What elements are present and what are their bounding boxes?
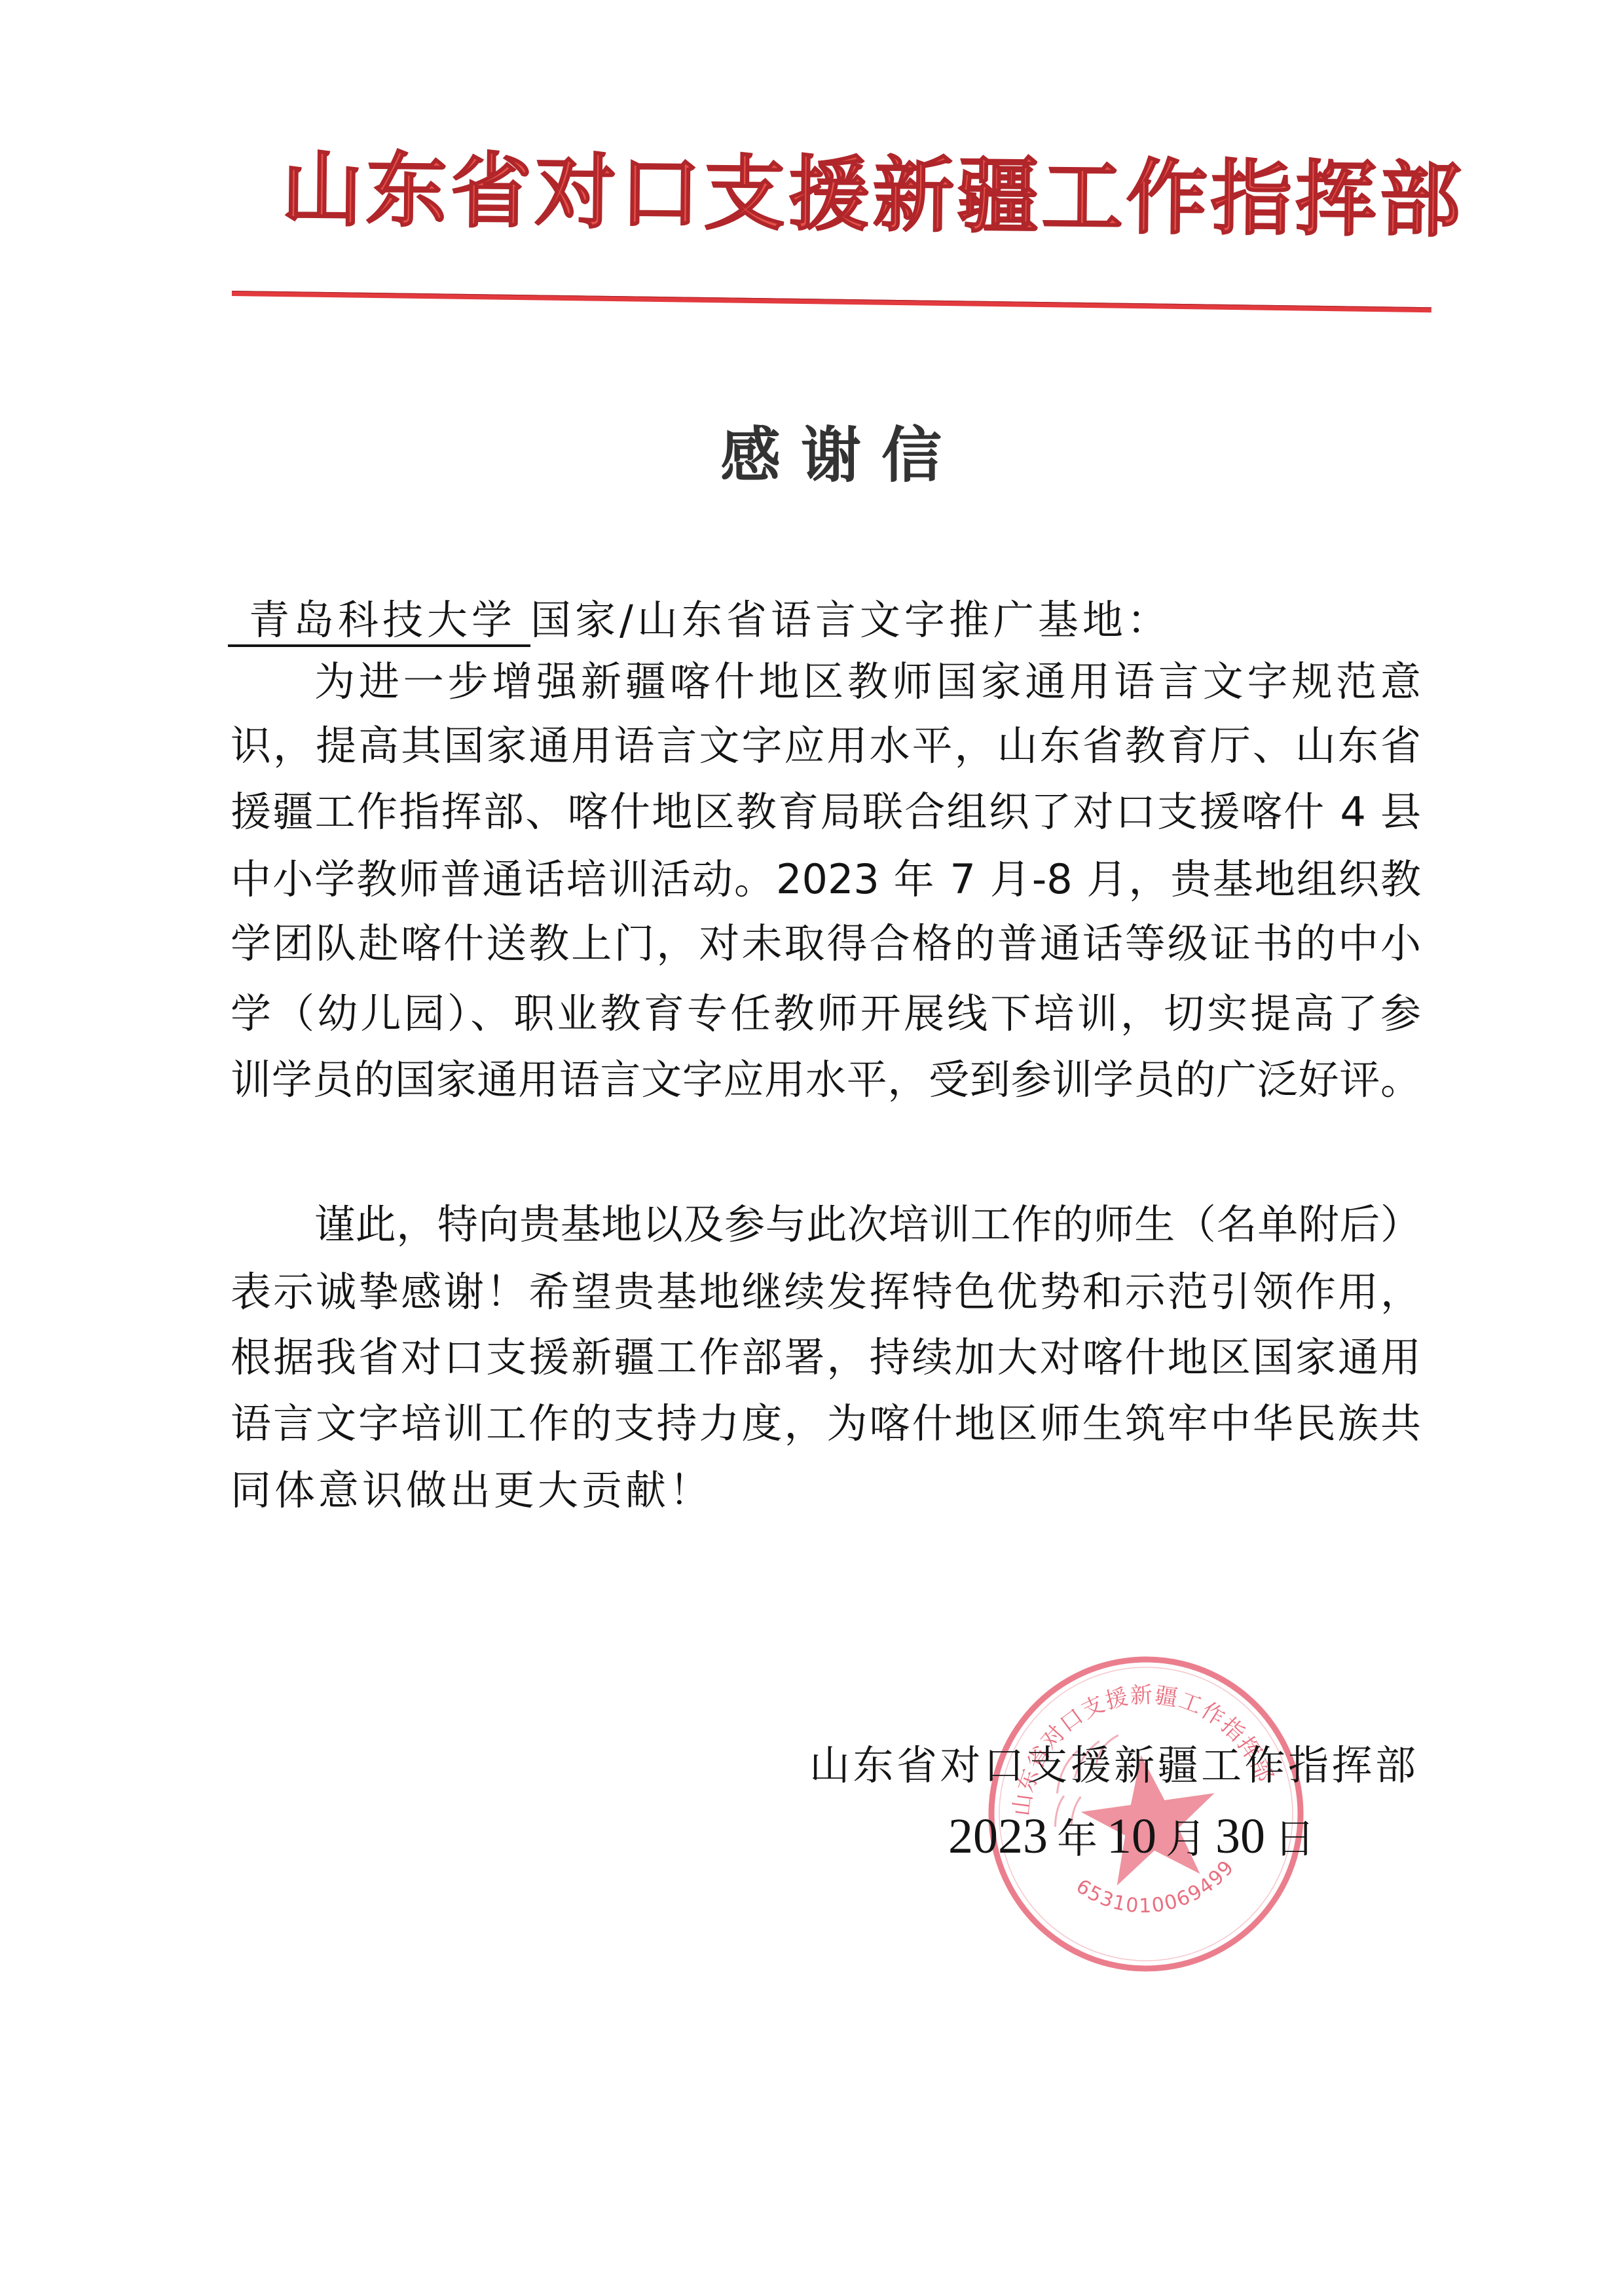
paragraph-line: 语言文字培训工作的支持力度，为喀什地区师生筑牢中华民族共 bbox=[231, 1398, 1421, 1450]
signature-organization: 山东省对口支援新疆工作指挥部 bbox=[809, 1739, 1416, 1792]
seal-code: 6531010069499 bbox=[1069, 1853, 1244, 1928]
date-month: 10 bbox=[1107, 1809, 1156, 1864]
date-year-unit: 年 bbox=[1057, 1815, 1098, 1862]
signature-date: 2023年10月30日 bbox=[948, 1810, 1324, 1862]
date-day: 30 bbox=[1215, 1809, 1265, 1864]
paragraph-line: 同体意识做出更大贡献！ bbox=[231, 1464, 1421, 1517]
paragraph-line: 援疆工作指挥部、喀什地区教育局联合组织了对口支援喀什 4 县 bbox=[231, 786, 1421, 838]
salutation: 青岛科技大学国家/山东省语言文字推广基地： bbox=[228, 594, 1172, 646]
paragraph-line: 识，提高其国家通用语言文字应用水平，山东省教育厅、山东省 bbox=[231, 720, 1421, 772]
salutation-rest: 国家/山东省语言文字推广基地： bbox=[530, 596, 1172, 644]
paragraph-line: 学团队赴喀什送教上门，对未取得合格的普通话等级证书的中小 bbox=[231, 917, 1421, 970]
letter-page: 山东省对口支援新疆工作指挥部 感谢信 青岛科技大学国家/山东省语言文字推广基地：… bbox=[0, 0, 1624, 2296]
salutation-recipient: 青岛科技大学 bbox=[228, 596, 530, 647]
date-day-unit: 日 bbox=[1274, 1815, 1315, 1862]
date-year: 2023 bbox=[948, 1809, 1048, 1864]
date-month-unit: 月 bbox=[1166, 1815, 1206, 1862]
document-title: 感谢信 bbox=[720, 419, 943, 491]
paragraph-line: 为进一步增强新疆喀什地区教师国家通用语言文字规范意 bbox=[314, 656, 1421, 708]
letterhead-divider bbox=[232, 291, 1431, 312]
paragraph-line: 根据我省对口支援新疆工作部署，持续加大对喀什地区国家通用 bbox=[231, 1331, 1421, 1384]
paragraph-line: 学（幼儿园）、职业教育专任教师开展线下培训，切实提高了参 bbox=[231, 988, 1421, 1040]
letterhead-organization: 山东省对口支援新疆工作指挥部 bbox=[281, 134, 1389, 256]
paragraph-line: 表示诚挚感谢！希望贵基地继续发挥特色优势和示范引领作用， bbox=[231, 1266, 1421, 1318]
paragraph-line: 训学员的国家通用语言文字应用水平，受到参训学员的广泛好评。 bbox=[231, 1054, 1421, 1106]
paragraph-line: 谨此，特向贵基地以及参与此次培训工作的师生（名单附后） bbox=[314, 1198, 1421, 1251]
paragraph-line: 中小学教师普通话培训活动。2023 年 7 月-8 月，贵基地组织教 bbox=[231, 853, 1421, 906]
